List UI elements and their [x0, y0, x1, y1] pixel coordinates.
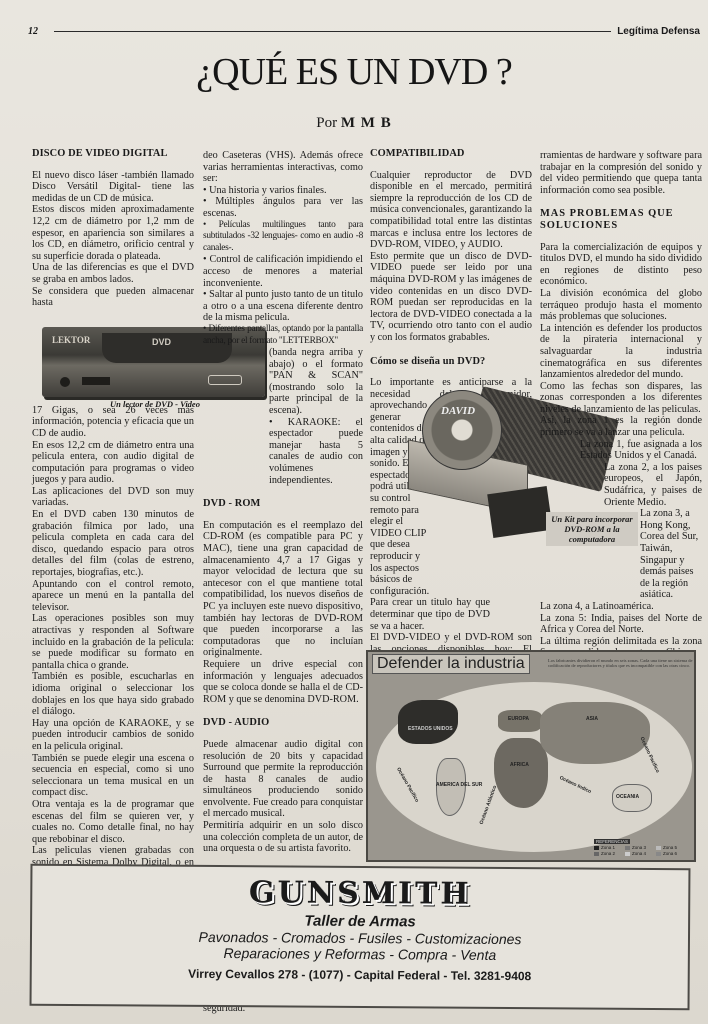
paragraph: 17 Gigas, o sea 26 veces más información… [32, 405, 194, 440]
byline: Por M M B [0, 115, 708, 132]
paragraph: La zona 3, a Hong Kong, Corea del Sur, T… [640, 508, 702, 601]
paragraph: Hay una opción de KARAOKE, y se pueden i… [32, 718, 194, 753]
column-4: rramientas de hardware y software para t… [540, 150, 702, 659]
feature-list: Una historia y varios finales. Múltiples… [203, 185, 363, 347]
paragraph: La intención es defender los productos d… [540, 323, 702, 381]
column-1: DISCO DE VIDEO DIGITAL El nuevo disco lá… [32, 148, 194, 960]
legend-item: Zona 3 [625, 845, 653, 850]
paragraph: Una de las diferencias es que el DVD se … [32, 262, 194, 285]
paragraph: Otra ventaja es la de programar que esce… [32, 799, 194, 845]
map-legend: REFERENCIAS Zona 1 Zona 3 Zona 5 Zona 2 … [594, 839, 684, 856]
legend-item: Zona 1 [594, 845, 622, 850]
section-heading: MAS PROBLEMAS QUE SOLUCIONES [540, 208, 702, 231]
region-map: ESTADOS UNIDOS AMERICA DEL SUR EUROPA AF… [366, 650, 696, 862]
paragraph: En computación es el reemplazo del CD-RO… [203, 520, 363, 659]
map-label: AMERICA DEL SUR [436, 782, 482, 788]
list-item: Saltar al punto justo tanto de un titulo… [203, 289, 363, 324]
map-label: ESTADOS UNIDOS [408, 726, 453, 732]
header-rule [54, 31, 611, 32]
paragraph: La zona 1, fue asignada a los Estados Un… [580, 439, 702, 462]
article-title: ¿QUÉ ES UN DVD ? [0, 50, 708, 94]
legend-item: Zona 6 [656, 851, 684, 856]
paragraph: Cualquier reproductor de DVD disponible … [370, 170, 532, 251]
section-heading: DVD - AUDIO [203, 717, 363, 729]
player-brand: LEKTOR [52, 335, 90, 345]
paragraph: Como las fechas son dispares, las zonas … [540, 381, 702, 416]
dvd-logo: DVD [152, 337, 171, 347]
section-heading: COMPATIBILIDAD [370, 148, 532, 160]
ad-brand: GUNSMITH [32, 874, 688, 914]
paragraph: Puede almacenar audio digital con resolu… [203, 739, 363, 820]
power-button-graphic [60, 377, 70, 387]
legend-item: Zona 2 [594, 851, 622, 856]
display-slot [82, 377, 110, 385]
paragraph: La zona 2, a los paises europeos, el Jap… [604, 462, 702, 508]
list-item: Películas multilingues tanto para subtit… [203, 220, 363, 255]
paragraph: deo Caseteras (VHS). Además ofrece varia… [203, 150, 363, 185]
paragraph: Las aplicaciones del DVD son muy variada… [32, 486, 194, 509]
paragraph: También es posible, escucharlas en idiom… [32, 671, 194, 717]
paragraph: (banda negra arriba y abajo) o el format… [269, 347, 363, 417]
magazine-name: Legítima Defensa [617, 26, 700, 37]
ad-contact: Virrey Cevallos 278 - (1077) - Capital F… [32, 966, 688, 985]
magazine-page: 12 Legítima Defensa ¿QUÉ ES UN DVD ? Por… [0, 0, 708, 1024]
paragraph: Para la comercialización de equipos y ti… [540, 242, 702, 288]
paragraph: El nuevo disco láser -también llamado Di… [32, 170, 194, 205]
paragraph: Asi, la zona 1 es la región donde primer… [540, 415, 702, 438]
ad-services: Reparaciones y Reformas - Compra - Venta [32, 944, 688, 965]
paragraph: En el DVD caben 130 minutos de grabación… [32, 509, 194, 579]
legend-title: REFERENCIAS [594, 839, 630, 844]
map-label: OCEANIA [616, 794, 639, 800]
paragraph: En esos 12,2 cm de diámetro entra una pe… [32, 440, 194, 486]
paragraph: Permitiría adquirir en un solo disco una… [203, 820, 363, 855]
figure-caption: Un lector de DVD - Video [110, 399, 200, 409]
paragraph: Las operaciones posibles son muy atracti… [32, 613, 194, 671]
section-heading: Cómo se diseña un DVD? [370, 356, 532, 368]
list-item: Una historia y varios finales. [203, 185, 363, 197]
map-label: ASIA [586, 716, 598, 722]
paragraph: Se considera que pueden almacenar hasta [32, 286, 194, 309]
byline-prefix: Por [316, 115, 337, 131]
paragraph: Estos discos miden aproximadamente 12,2 … [32, 204, 194, 262]
map-note: Los fabricantes dividieron el mundo en s… [548, 658, 694, 668]
paragraph: La división económica del globo terráque… [540, 288, 702, 323]
gunsmith-advertisement: GUNSMITH Taller de Armas Pavonados - Cro… [30, 864, 691, 1011]
paragraph: La zona 4, a Latinoamérica. [540, 601, 702, 613]
paragraph: También se puede elegir una escena o sec… [32, 753, 194, 799]
disc-graphic: DAVID [422, 390, 502, 470]
paragraph: • KARAOKE: el espectador puede manejar h… [269, 417, 363, 487]
byline-author: M M B [341, 115, 392, 131]
paragraph: Apuntando con el control remoto, aparece… [32, 579, 194, 614]
legend-item: Zona 5 [656, 845, 684, 850]
list-item: Control de calificación impidiendo el ac… [203, 254, 363, 289]
disc-label: DAVID [441, 405, 475, 417]
paragraph: Requiere un drive especial con informaci… [203, 659, 363, 705]
list-item: Múltiples ángulos para ver las escenas. [203, 196, 363, 219]
legend-item: Zona 4 [625, 851, 653, 856]
zone-north-america [398, 700, 458, 744]
zone-asia [540, 702, 650, 764]
paragraph: La zona 5: India, paises del Norte de Af… [540, 613, 702, 636]
section-heading: DISCO DE VIDEO DIGITAL [32, 148, 194, 160]
paragraph: Esto permite que un disco de DVD-VIDEO p… [370, 251, 532, 344]
paragraph: rramientas de hardware y software para t… [540, 150, 702, 196]
section-heading: DVD - ROM [203, 498, 363, 510]
map-title: Defender la industria [372, 654, 530, 674]
map-label: EUROPA [508, 716, 529, 722]
running-head: 12 Legítima Defensa [28, 24, 700, 38]
page-number: 12 [28, 26, 48, 37]
list-item: Diferentes pantallas, optando por la pan… [203, 324, 363, 347]
paragraph: Para crear un titulo hay que determinar … [370, 597, 490, 632]
map-label: AFRICA [510, 762, 529, 768]
